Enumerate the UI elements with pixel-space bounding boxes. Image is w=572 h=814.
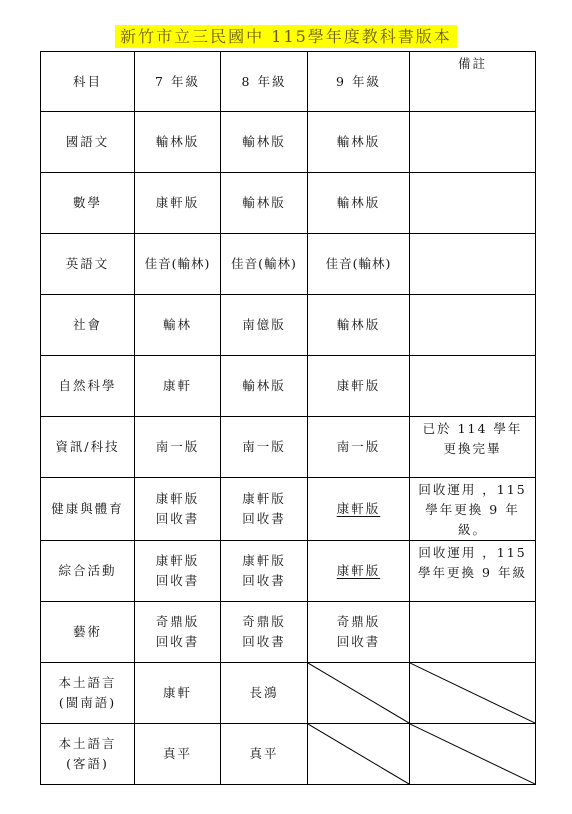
grade7-cell: 佳音(輸林) (135, 234, 221, 295)
table-row: 英語文 佳音(輸林) 佳音(輸林) 佳音(輸林) (41, 234, 536, 295)
grade7-cell: 康軒版 回收書 (135, 478, 221, 541)
subject-cell: 英語文 (41, 234, 135, 295)
table-row: 本土語言 (閩南語) 康軒 長鴻 (41, 663, 536, 724)
subject-line: (客語) (41, 754, 134, 774)
recycled-line: 回收書 (221, 632, 307, 652)
grade8-cell: 輸林版 (221, 356, 308, 417)
header-notes: 備註 (410, 52, 536, 112)
note-cell (410, 112, 536, 173)
publisher-underlined: 康軒版 (337, 501, 381, 516)
grade7-cell: 康軒版 (135, 173, 221, 234)
subject-cell: 藝術 (41, 602, 135, 663)
note-line: 學年更換 9 年級 (410, 563, 535, 583)
table-row: 數學 康軒版 輸林版 輸林版 (41, 173, 536, 234)
grade8-cell: 輸林版 (221, 112, 308, 173)
publisher-line: 康軒版 (135, 489, 220, 509)
header-grade-9: 9 年級 (308, 52, 410, 112)
grade9-cell-not-applicable (308, 724, 410, 785)
subject-cell: 社會 (41, 295, 135, 356)
publisher-line: 康軒版 (221, 551, 307, 571)
grade9-cell: 佳音(輸林) (308, 234, 410, 295)
note-line: 回收運用 ，115 (410, 543, 535, 563)
subject-line: 本土語言 (41, 673, 134, 693)
subject-cell: 數學 (41, 173, 135, 234)
grade8-cell: 南億版 (221, 295, 308, 356)
grade8-cell: 佳音(輸林) (221, 234, 308, 295)
grade8-cell: 輸林版 (221, 173, 308, 234)
grade7-cell: 南一版 (135, 417, 221, 478)
subject-line: (閩南語) (41, 693, 134, 713)
grade9-cell: 奇鼎版 回收書 (308, 602, 410, 663)
note-cell: 回收運用 ，115 學年更換 9 年 級。 (410, 478, 536, 541)
grade8-cell: 康軒版 回收書 (221, 541, 308, 602)
grade9-cell: 輸林版 (308, 112, 410, 173)
note-cell: 已於 114 學年 更換完畢 (410, 417, 536, 478)
grade9-cell: 輸林版 (308, 173, 410, 234)
recycled-line: 回收書 (221, 509, 307, 529)
recycled-line: 回收書 (308, 632, 409, 652)
grade8-cell: 真平 (221, 724, 308, 785)
grade9-cell-not-applicable (308, 663, 410, 724)
recycled-line: 回收書 (135, 632, 220, 652)
title-wrap: 新竹市立三民國中 115學年度教科書版本 (0, 25, 572, 48)
publisher-line: 康軒版 (135, 551, 220, 571)
subject-cell: 資訊/科技 (41, 417, 135, 478)
publisher-underlined: 康軒版 (337, 563, 381, 578)
note-cell-not-applicable (410, 724, 536, 785)
note-line: 更換完畢 (410, 439, 535, 459)
diagonal-slash-icon (410, 663, 535, 723)
subject-cell: 健康與體育 (41, 478, 135, 541)
note-cell: 回收運用 ，115 學年更換 9 年級 (410, 541, 536, 602)
note-cell-not-applicable (410, 663, 536, 724)
note-line: 學年更換 9 年 (410, 500, 535, 520)
grade7-cell: 真平 (135, 724, 221, 785)
table-row: 綜合活動 康軒版 回收書 康軒版 回收書 康軒版 回收運用 ，115 學年更換 … (41, 541, 536, 602)
subject-cell: 國語文 (41, 112, 135, 173)
grade9-cell: 康軒版 (308, 356, 410, 417)
grade7-cell: 輸林 (135, 295, 221, 356)
grade9-cell: 康軒版 (308, 478, 410, 541)
note-cell (410, 356, 536, 417)
subject-cell: 本土語言 (客語) (41, 724, 135, 785)
table-row: 國語文 輸林版 輸林版 輸林版 (41, 112, 536, 173)
grade8-cell: 南一版 (221, 417, 308, 478)
grade7-cell: 輸林版 (135, 112, 221, 173)
grade7-cell: 康軒版 回收書 (135, 541, 221, 602)
note-cell (410, 295, 536, 356)
grade7-cell: 康軒 (135, 356, 221, 417)
diagonal-slash-icon (410, 724, 535, 784)
grade7-cell: 康軒 (135, 663, 221, 724)
grade8-cell: 長鴻 (221, 663, 308, 724)
grade8-cell: 奇鼎版 回收書 (221, 602, 308, 663)
table-row: 健康與體育 康軒版 回收書 康軒版 回收書 康軒版 回收運用 ，115 學年更換… (41, 478, 536, 541)
table-row: 資訊/科技 南一版 南一版 南一版 已於 114 學年 更換完畢 (41, 417, 536, 478)
grade9-cell: 康軒版 (308, 541, 410, 602)
recycled-line: 回收書 (135, 509, 220, 529)
note-cell (410, 602, 536, 663)
subject-cell: 自然科學 (41, 356, 135, 417)
header-grade-8: 8 年級 (221, 52, 308, 112)
diagonal-slash-icon (308, 663, 409, 723)
note-cell (410, 234, 536, 295)
publisher-line: 奇鼎版 (221, 612, 307, 632)
publisher-line: 康軒版 (221, 489, 307, 509)
note-line: 回收運用 ，115 (410, 480, 535, 500)
header-grade-7: 7 年級 (135, 52, 221, 112)
header-subject: 科目 (41, 52, 135, 112)
note-line: 已於 114 學年 (410, 419, 535, 439)
table-row: 社會 輸林 南億版 輸林版 (41, 295, 536, 356)
recycled-line: 回收書 (135, 571, 220, 591)
table-row: 自然科學 康軒 輸林版 康軒版 (41, 356, 536, 417)
header-row: 科目 7 年級 8 年級 9 年級 備註 (41, 52, 536, 112)
subject-cell: 本土語言 (閩南語) (41, 663, 135, 724)
note-line: 級。 (410, 520, 535, 540)
grade9-cell: 輸林版 (308, 295, 410, 356)
subject-cell: 綜合活動 (41, 541, 135, 602)
publisher-line: 奇鼎版 (135, 612, 220, 632)
table-row: 藝術 奇鼎版 回收書 奇鼎版 回收書 奇鼎版 回收書 (41, 602, 536, 663)
table-row: 本土語言 (客語) 真平 真平 (41, 724, 536, 785)
grade7-cell: 奇鼎版 回收書 (135, 602, 221, 663)
publisher-line: 奇鼎版 (308, 612, 409, 632)
recycled-line: 回收書 (221, 571, 307, 591)
document-title: 新竹市立三民國中 115學年度教科書版本 (115, 25, 457, 48)
grade8-cell: 康軒版 回收書 (221, 478, 308, 541)
diagonal-slash-icon (308, 724, 409, 784)
grade9-cell: 南一版 (308, 417, 410, 478)
subject-line: 本土語言 (41, 734, 134, 754)
note-cell (410, 173, 536, 234)
textbook-version-table: 科目 7 年級 8 年級 9 年級 備註 國語文 輸林版 輸林版 輸林版 數學 … (40, 51, 536, 785)
